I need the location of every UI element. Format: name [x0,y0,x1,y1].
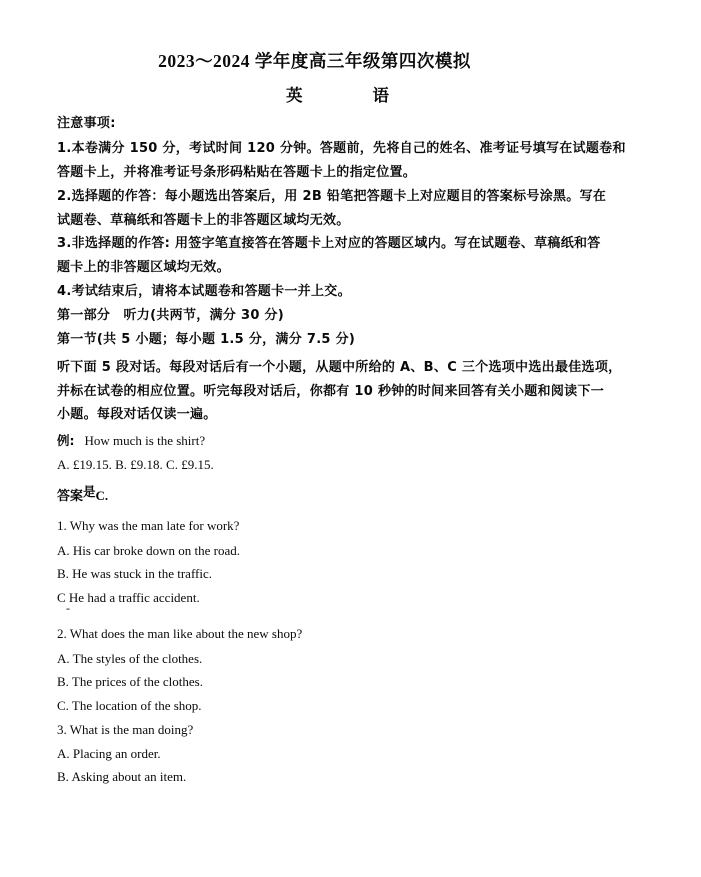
question-text: 1. Why was the man late for work? [57,518,239,534]
exam-paper-page: 2023～2024 学年度高三年级第四次模拟 英 语 注意事项: 1.本卷满分 … [0,0,701,877]
subject-char-first: 英 [286,82,303,106]
example-options-line: A. £19.15. B. £9.18. C. £9.15. [57,457,214,473]
option-text: C He had a traffic accident. [57,590,200,606]
notice-line: 题卡上的非答题区域均无效。 [57,260,230,276]
option-text: B. He was stuck in the traffic. [57,566,212,582]
option-text: A. His car broke down on the road. [57,543,240,559]
example-question: How much is the shirt? [85,433,206,448]
option-text: A. The styles of the clothes. [57,651,202,667]
notice-line: 试题卷、草稿纸和答题卡上的非答题区域均无效。 [57,213,350,229]
part1-heading: 第一部分 听力(共两节，满分 30 分) [57,308,284,324]
notice-line: 2.选择题的作答：每小题选出答案后，用 2B 铅笔把答题卡上对应题目的答案标号涂… [57,189,606,205]
example-question-line: 例:How much is the shirt? [57,433,205,449]
notice-line: 答题卡上，并将准考证号条形码粘贴在答题卡上的指定位置。 [57,165,416,181]
section1-intro-line: 听下面 5 段对话。每段对话后有一个小题，从题中所给的 A、B、C 三个选项中选… [57,360,621,376]
exam-title: 2023～2024 学年度高三年级第四次模拟 [0,48,701,73]
option-text: C. The location of the shop. [57,698,202,714]
option-text: B. The prices of the clothes. [57,674,203,690]
option-text: B. Asking about an item. [57,769,186,785]
notice-line: 1.本卷满分 150 分，考试时间 120 分钟。答题前，先将自己的姓名、准考证… [57,141,626,157]
stray-mark: - [66,603,70,613]
exam-subject: 英 语 [0,82,701,106]
answer-sup-char: 是 [83,484,96,499]
example-label: 例: [57,433,75,448]
question-text: 2. What does the man like about the new … [57,626,302,642]
example-answer-line: 答案是C. [57,488,108,505]
section1-intro-line: 小题。每段对话仅读一遍。 [57,407,217,423]
answer-prefix: 答案 [57,489,83,504]
answer-value: C. [96,488,109,503]
question-text: 3. What is the man doing? [57,722,193,738]
notice-line: 4.考试结束后，请将本试题卷和答题卡一并上交。 [57,284,351,300]
section1-intro-line: 并标在试卷的相应位置。听完每段对话后，你都有 10 秒钟的时间来回答有关小题和阅… [57,384,604,400]
subject-char-second: 语 [373,82,390,106]
option-text: A. Placing an order. [57,746,161,762]
section1-heading: 第一节(共 5 小题；每小题 1.5 分，满分 7.5 分) [57,332,355,348]
notice-heading: 注意事项: [57,116,116,132]
notice-line: 3.非选择题的作答: 用签字笔直接答在答题卡上对应的答题区域内。写在试题卷、草稿… [57,236,601,252]
